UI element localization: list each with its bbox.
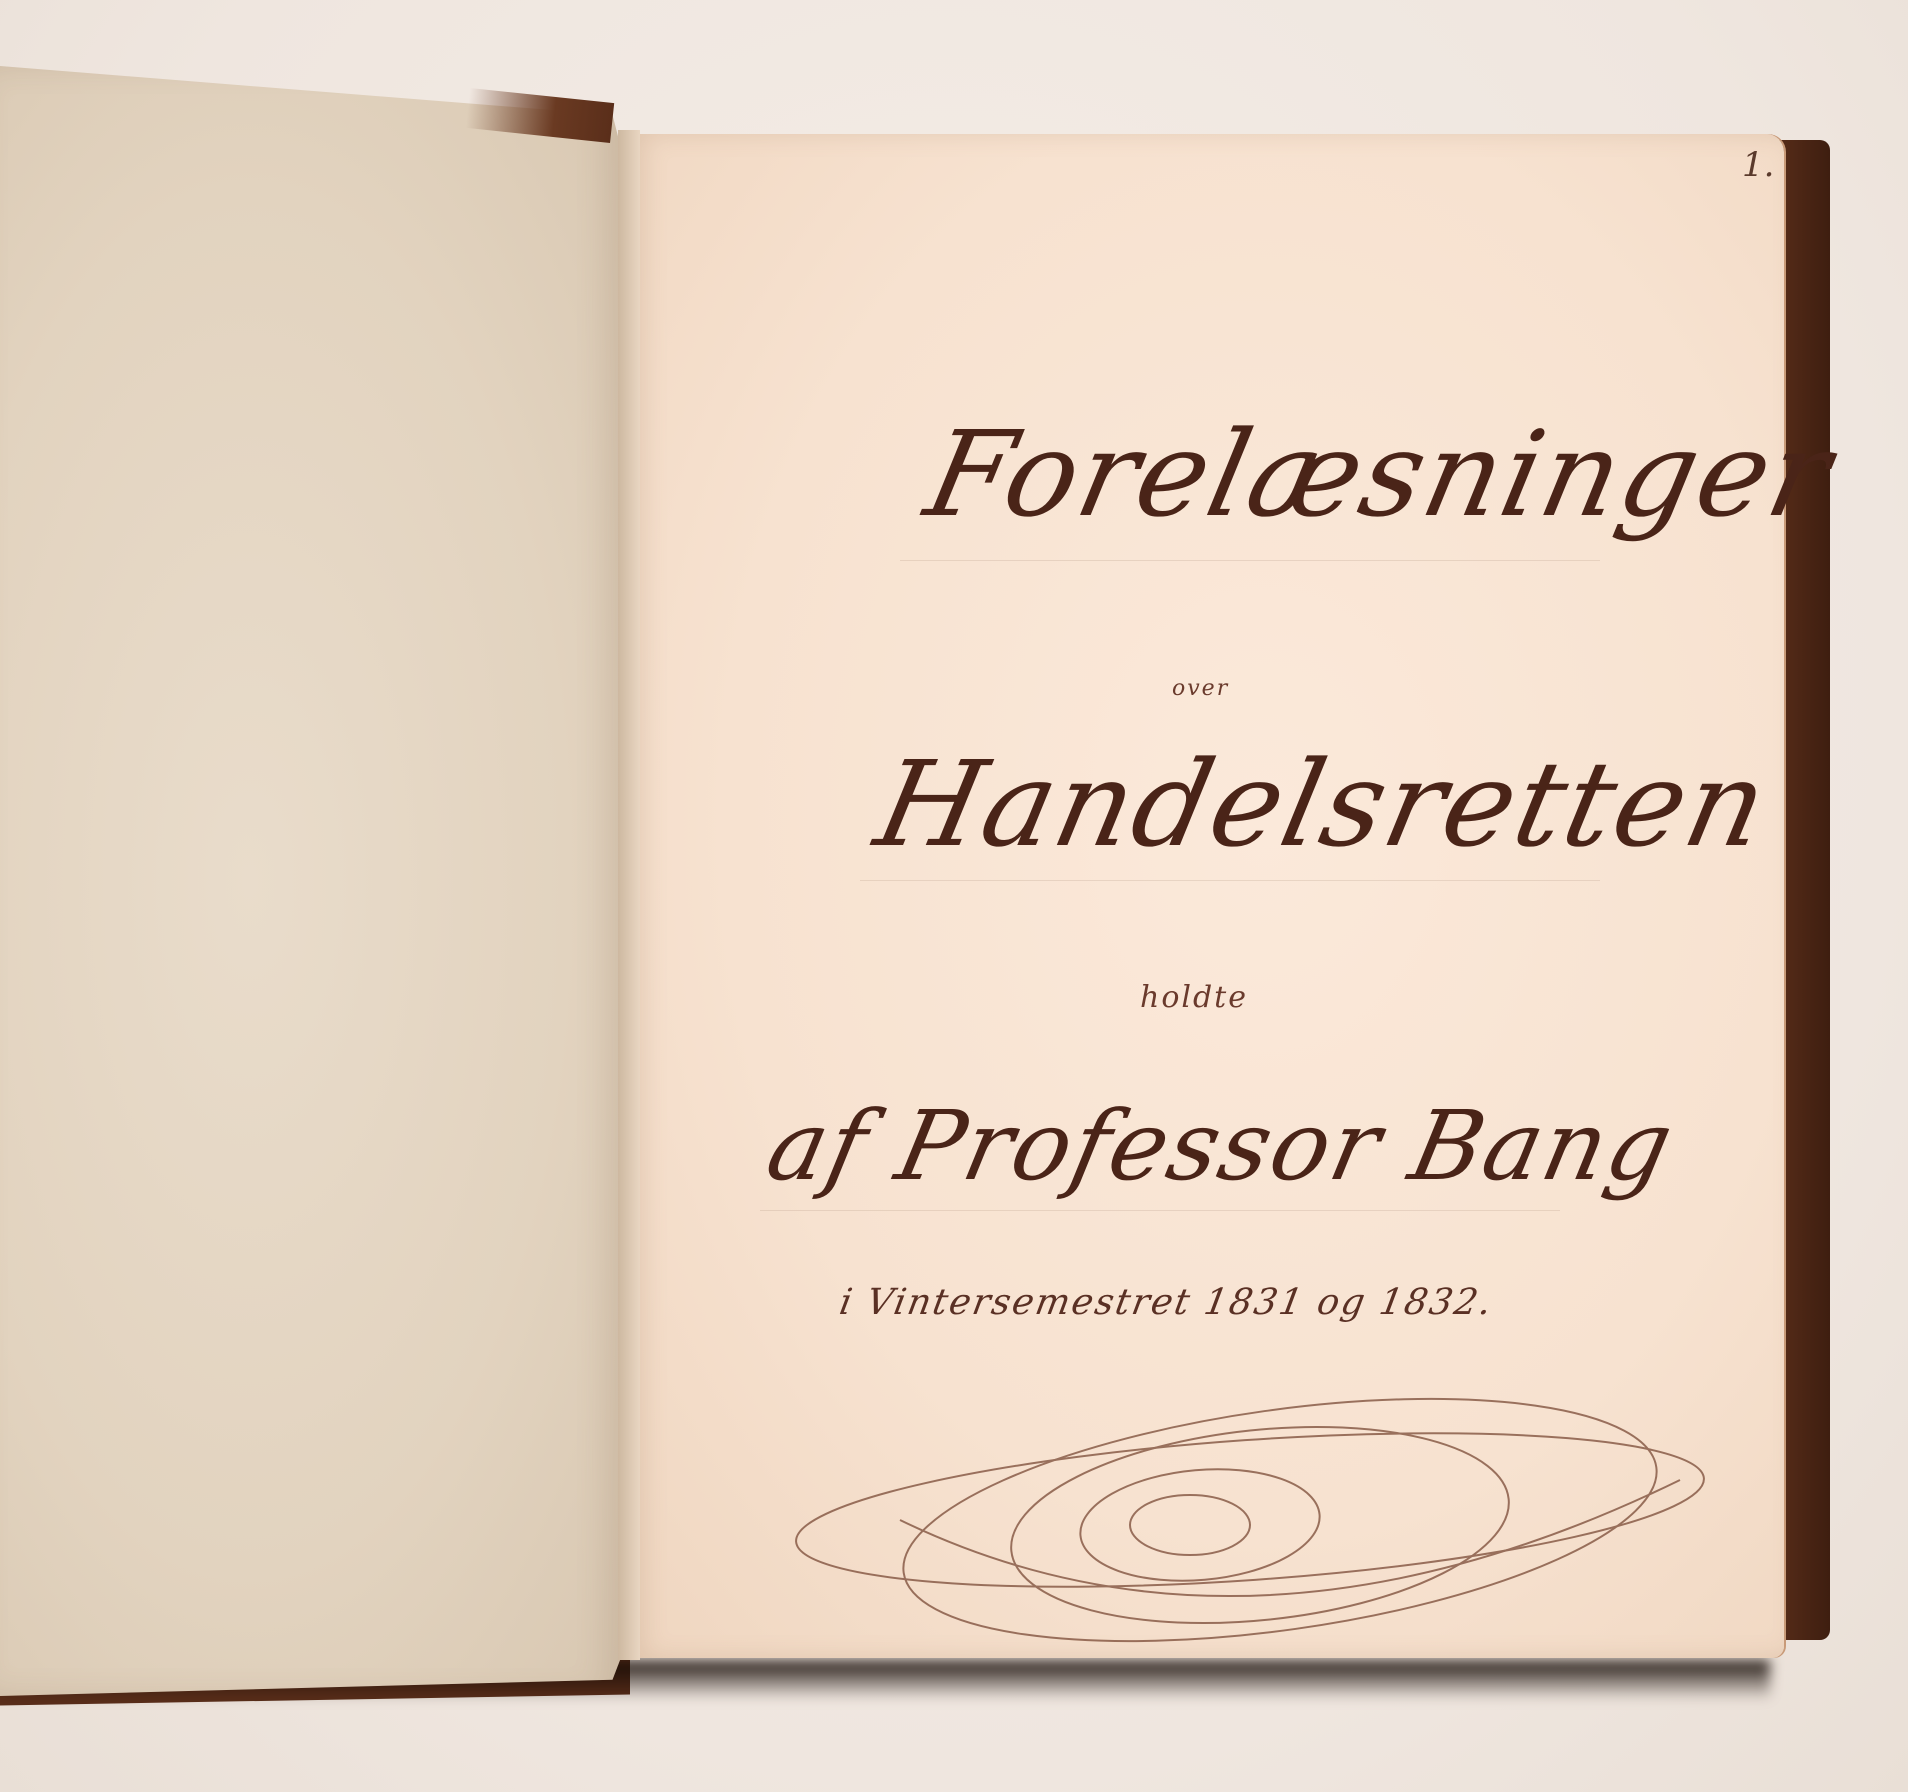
spine-gutter [618, 130, 640, 1660]
ruled-line [900, 560, 1600, 561]
ruled-line [760, 1210, 1560, 1211]
connector-over: over [1172, 676, 1229, 701]
left-blank-page [0, 66, 625, 1696]
oval-flourish-icon [780, 1360, 1720, 1660]
page-number: 1. [1742, 145, 1774, 185]
date-line: i Vintersemestret 1831 og 1832. [836, 1282, 1496, 1323]
title-handelsretten: Handelsretten [865, 735, 1780, 873]
connector-holdte: holdte [1140, 980, 1248, 1015]
ruled-line [860, 880, 1600, 881]
title-professor-bang: af Professor Bang [758, 1090, 1684, 1202]
title-forelaesninger: Forelæsninger [915, 405, 1844, 543]
